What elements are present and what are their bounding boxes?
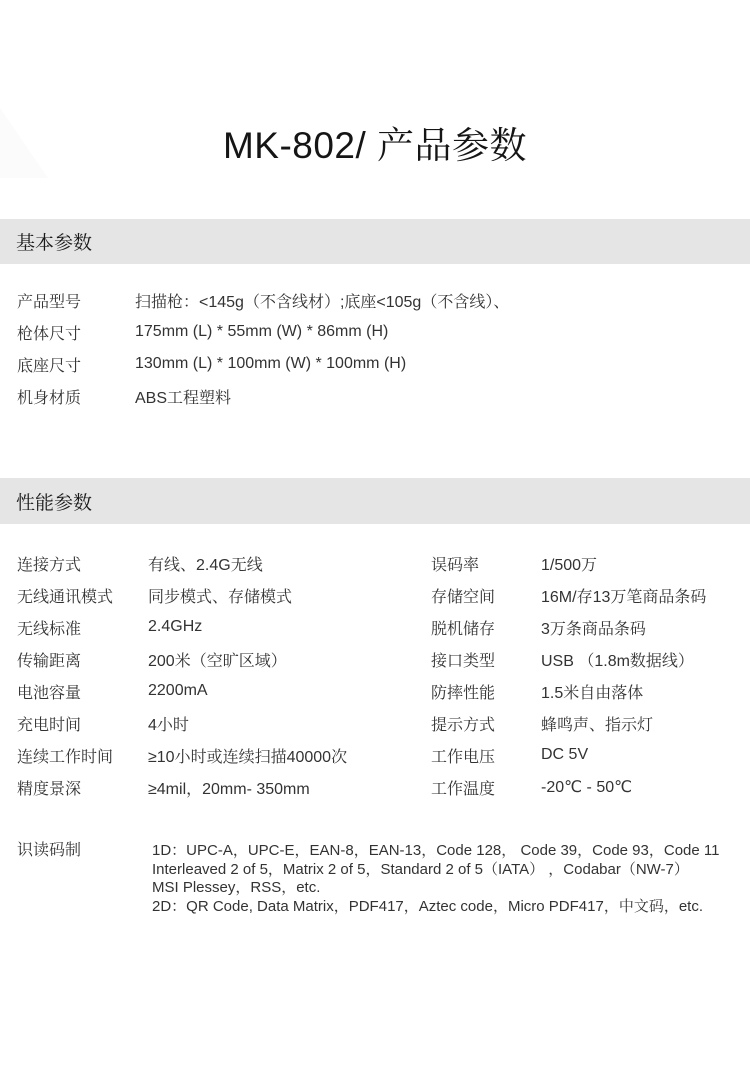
spec-value: 16M/存13万笔商品条码 <box>541 584 706 607</box>
table-row: 无线通讯模式 同步模式、存储模式 <box>17 579 431 611</box>
spec-value: 蜂鸣声、指示灯 <box>541 712 653 735</box>
table-row: 充电时间 4小时 <box>17 707 431 739</box>
spec-value: 同步模式、存储模式 <box>148 584 292 607</box>
spec-value: 200米（空旷区域） <box>148 648 287 671</box>
section-header-basic-params: 基本参数 <box>0 219 750 264</box>
table-row: 防摔性能 1.5米自由落体 <box>431 675 750 707</box>
decode-line: 2D：QR Code, Data Matrix，PDF417，Aztec cod… <box>152 898 719 917</box>
spec-label: 精度景深 <box>17 776 148 799</box>
spec-label: 无线标准 <box>17 616 148 639</box>
spec-value: 扫描枪：<145g（不含线材）;底座<105g（不含线）、 <box>135 289 509 312</box>
table-row: 脱机储存 3万条商品条码 <box>431 611 750 643</box>
spec-value: 175mm (L) * 55mm (W) * 86mm (H) <box>135 323 388 341</box>
spec-label: 充电时间 <box>17 712 148 735</box>
spec-label: 工作电压 <box>431 744 541 767</box>
section-header-performance-params: 性能参数 <box>0 478 750 524</box>
table-row: 工作温度 -20℃ - 50℃ <box>431 771 750 803</box>
spec-label: 提示方式 <box>431 712 541 735</box>
table-row: 底座尺寸 130mm (L) * 100mm (W) * 100mm (H) <box>17 348 737 380</box>
spec-label: 机身材质 <box>17 385 135 408</box>
spec-value: -20℃ - 50℃ <box>541 777 632 797</box>
table-row: 存储空间 16M/存13万笔商品条码 <box>431 579 750 611</box>
table-row: 机身材质 ABS工程塑料 <box>17 380 737 412</box>
spec-value: 4小时 <box>148 712 189 735</box>
spec-label: 接口类型 <box>431 648 541 671</box>
decode-line: Interleaved 2 of 5，Matrix 2 of 5，Standar… <box>152 861 719 880</box>
performance-right-column: 误码率 1/500万 存储空间 16M/存13万笔商品条码 脱机储存 3万条商品… <box>431 547 750 803</box>
spec-label: 识读码制 <box>17 842 152 916</box>
spec-label: 无线通讯模式 <box>17 584 148 607</box>
table-row: 工作电压 DC 5V <box>431 739 750 771</box>
section-heading-performance: 性能参数 <box>16 488 92 515</box>
table-row: 接口类型 USB （1.8m数据线） <box>431 643 750 675</box>
section-heading-basic: 基本参数 <box>16 228 92 255</box>
spec-value: 1.5米自由落体 <box>541 680 643 703</box>
spec-label: 电池容量 <box>17 680 148 703</box>
table-row: 电池容量 2200mA <box>17 675 431 707</box>
spec-value: 1/500万 <box>541 552 597 575</box>
spec-label: 产品型号 <box>17 289 135 312</box>
spec-label: 枪体尺寸 <box>17 321 135 344</box>
spec-label: 防摔性能 <box>431 680 541 703</box>
spec-value: 有线、2.4G无线 <box>148 552 263 575</box>
decode-capability-row: 识读码制 1D：UPC-A，UPC-E，EAN-8，EAN-13，Code 12… <box>17 842 737 916</box>
page-title: MK-802/ 产品参数 <box>0 124 750 168</box>
decode-capability-value: 1D：UPC-A，UPC-E，EAN-8，EAN-13，Code 128， Co… <box>152 842 719 916</box>
spec-value: 2200mA <box>148 682 208 700</box>
spec-label: 传输距离 <box>17 648 148 671</box>
spec-label: 底座尺寸 <box>17 353 135 376</box>
table-row: 连续工作时间 ≥10小时或连续扫描40000次 <box>17 739 431 771</box>
spec-label: 连续工作时间 <box>17 744 148 767</box>
decode-line: 1D：UPC-A，UPC-E，EAN-8，EAN-13，Code 128， Co… <box>152 842 719 861</box>
spec-label: 连接方式 <box>17 552 148 575</box>
performance-left-column: 连接方式 有线、2.4G无线 无线通讯模式 同步模式、存储模式 无线标准 2.4… <box>0 547 431 803</box>
table-row: 误码率 1/500万 <box>431 547 750 579</box>
spec-value: 2.4GHz <box>148 618 202 636</box>
spec-label: 误码率 <box>431 552 541 575</box>
basic-params-table: 产品型号 扫描枪：<145g（不含线材）;底座<105g（不含线）、 枪体尺寸 … <box>17 284 737 412</box>
spec-value: USB （1.8m数据线） <box>541 648 694 671</box>
table-row: 精度景深 ≥4mil，20mm- 350mm <box>17 771 431 803</box>
decode-line: MSI Plessey，RSS，etc. <box>152 879 719 898</box>
spec-label: 脱机储存 <box>431 616 541 639</box>
table-row: 连接方式 有线、2.4G无线 <box>17 547 431 579</box>
spec-value: ABS工程塑料 <box>135 385 231 408</box>
spec-value: ≥4mil，20mm- 350mm <box>148 776 310 799</box>
spec-value: ≥10小时或连续扫描40000次 <box>148 744 347 767</box>
table-row: 无线标准 2.4GHz <box>17 611 431 643</box>
table-row: 枪体尺寸 175mm (L) * 55mm (W) * 86mm (H) <box>17 316 737 348</box>
spec-value: 130mm (L) * 100mm (W) * 100mm (H) <box>135 355 406 373</box>
table-row: 传输距离 200米（空旷区域） <box>17 643 431 675</box>
spec-value: 3万条商品条码 <box>541 616 646 639</box>
spec-label: 存储空间 <box>431 584 541 607</box>
spec-label: 工作温度 <box>431 776 541 799</box>
table-row: 产品型号 扫描枪：<145g（不含线材）;底座<105g（不含线）、 <box>17 284 737 316</box>
spec-value: DC 5V <box>541 746 588 764</box>
table-row: 提示方式 蜂鸣声、指示灯 <box>431 707 750 739</box>
performance-params-table: 连接方式 有线、2.4G无线 无线通讯模式 同步模式、存储模式 无线标准 2.4… <box>0 547 750 803</box>
